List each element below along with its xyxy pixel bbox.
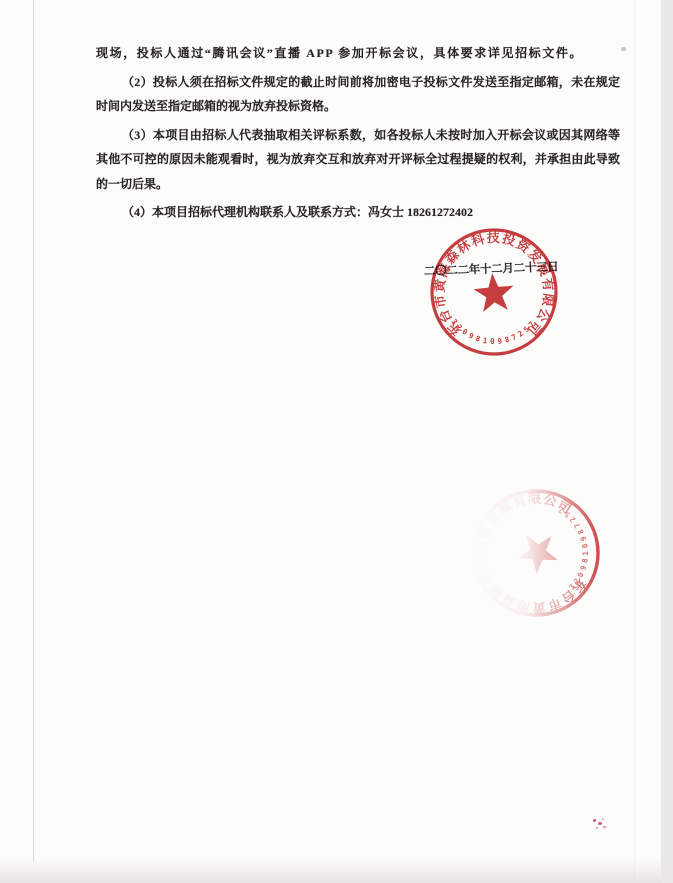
seal-company-name: 东台市黄海森林科技投资发展有限公司: [464, 483, 593, 625]
scan-bottom-shadow: [0, 859, 661, 883]
document-date: 二〇二二年十二月二十三日: [424, 258, 574, 279]
seal-company-name: 东台市黄海森林科技投资发展有限公司: [432, 230, 557, 339]
seal-serial-number: 3209810987257: [553, 500, 597, 593]
document-line-1: 现场，投标人通过“腾讯会议”直播 APP 参加开标会议，具体要求详见招标文件。: [96, 41, 620, 66]
ink-speckle: [598, 822, 602, 825]
document-line-7: （4）本项目招标代理机构联系人及联系方式：冯女士 18261272402: [96, 200, 620, 225]
document-body: 现场，投标人通过“腾讯会议”直播 APP 参加开标会议，具体要求详见招标文件。 …: [96, 41, 620, 225]
seal-serial-number: 3209810987257: [449, 317, 538, 346]
paper-left-edge-line: [33, 0, 34, 862]
document-line-5: 其他不可控的原因未能观看时，视为放弃交互和放弃对开评标全过程提疑的权利，并承担由…: [96, 147, 620, 172]
paper-right-edge-line: [634, 0, 635, 883]
scanned-document-page: 现场，投标人通过“腾讯会议”直播 APP 参加开标会议，具体要求详见招标文件。 …: [0, 0, 673, 883]
ink-speckle: [603, 826, 606, 828]
document-line-3: 时间内发送至指定邮箱的视为放弃投标资格。: [96, 94, 620, 119]
star-icon: [513, 529, 560, 577]
seal-ring: [464, 481, 608, 625]
company-seal-stamp: 东台市黄海森林科技投资发展有限公司 3209810987257: [432, 230, 557, 354]
ink-speckle: [602, 818, 604, 820]
document-line-6: 的一切后果。: [96, 172, 620, 197]
ink-speckle: [596, 827, 598, 829]
star-icon: [472, 271, 515, 312]
document-line-4: （3）本项目由招标人代表抽取相关评标系数，如各投标人未按时加入开标会议或因其网络…: [96, 123, 620, 148]
partial-seal-stamp: 东台市黄海森林科技投资发展有限公司 3209810987257: [464, 481, 608, 625]
scan-right-strip: [661, 0, 673, 883]
seal-ring: [432, 230, 556, 354]
ink-speckle: [593, 819, 596, 822]
document-line-2: （2）投标人须在招标文件规定的截止时间前将加密电子投标文件发送至指定邮箱，未在规…: [96, 70, 620, 95]
scan-speck: [621, 47, 626, 51]
